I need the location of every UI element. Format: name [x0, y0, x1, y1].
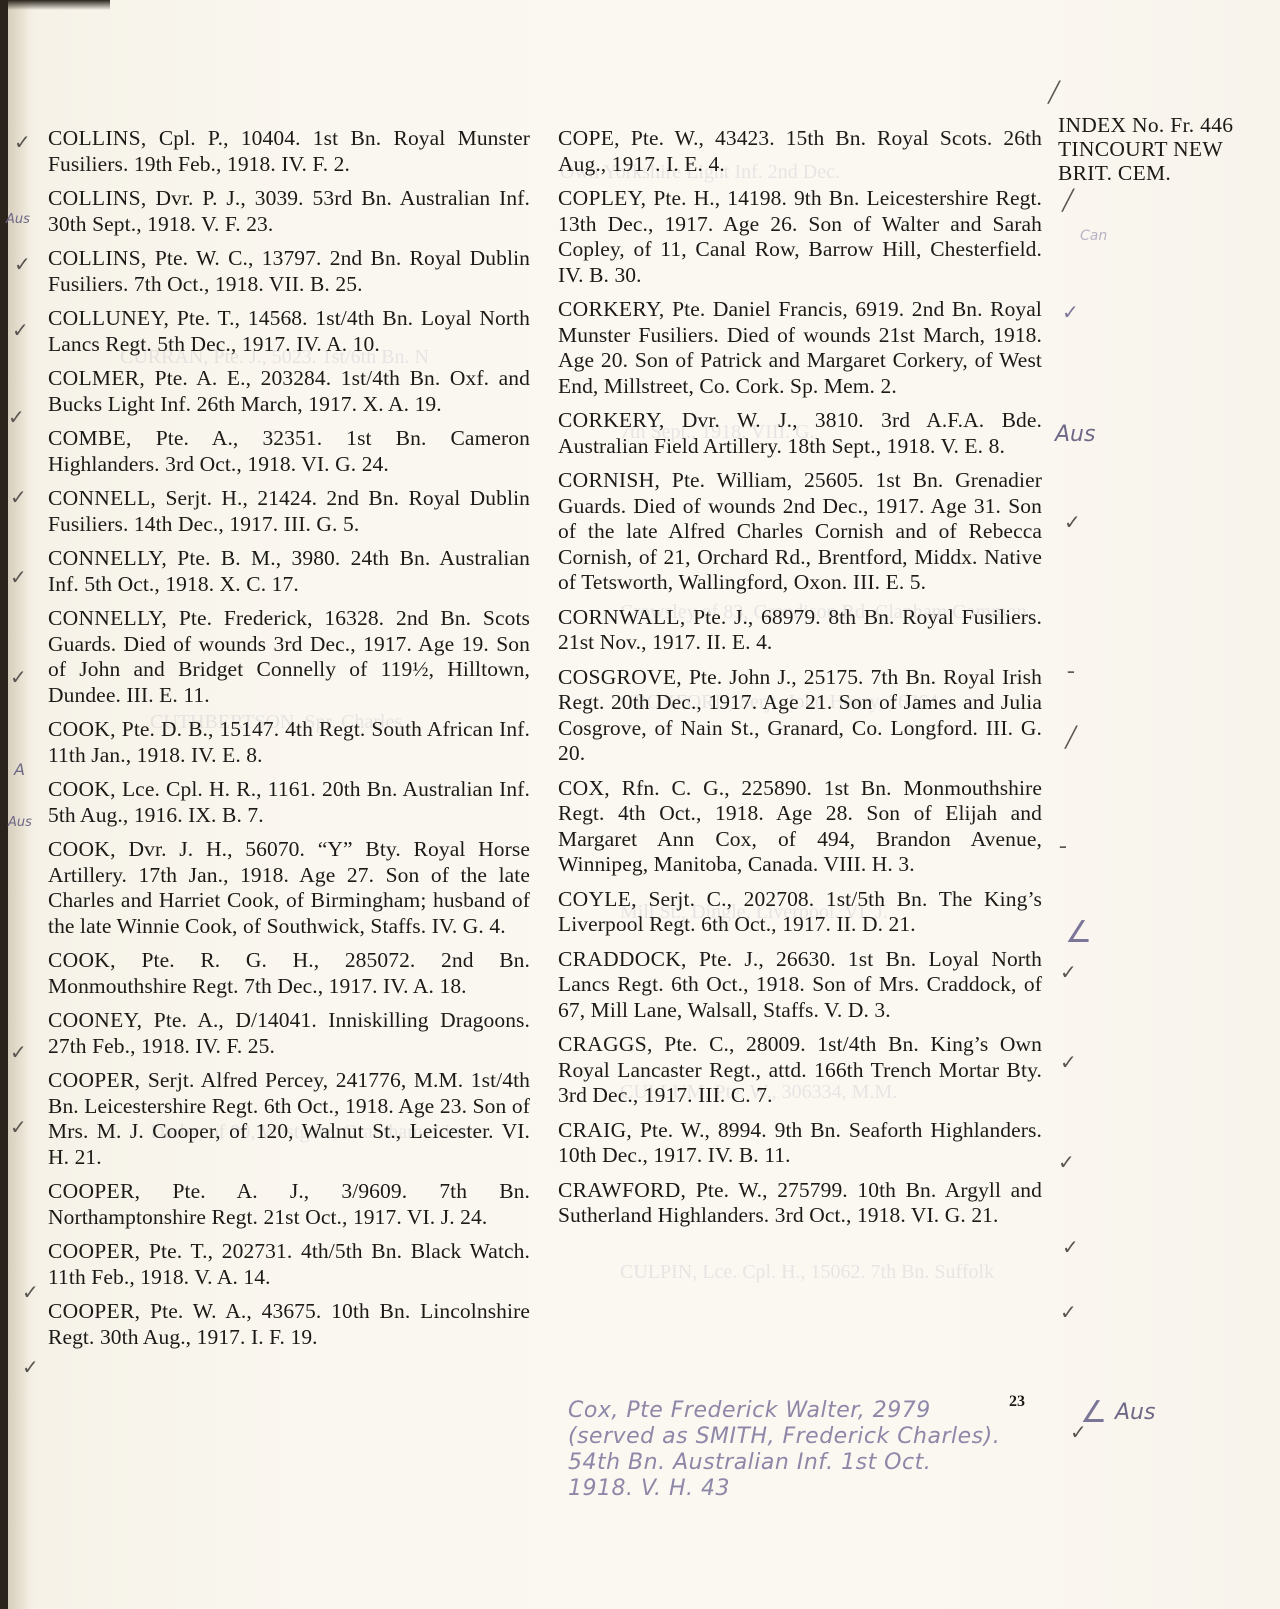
- register-entry: CRAGGS, Pte. C., 28009. 1st/4th Bn. King…: [558, 1032, 1042, 1109]
- entry-surname: COYLE,: [558, 887, 637, 911]
- register-entry: CORNWALL, Pte. J., 68979. 8th Bn. Royal …: [558, 605, 1042, 656]
- check-mark-icon: ✓: [1064, 510, 1081, 534]
- check-mark-icon: ✓: [1060, 960, 1077, 984]
- register-entry: COLMER, Pte. A. E., 203284. 1st/4th Bn. …: [48, 366, 530, 417]
- cemetery-index-header: INDEX No. Fr. 446 TINCOURT NEW BRIT. CEM…: [1058, 113, 1258, 185]
- entry-surname: CRAIG,: [558, 1118, 632, 1142]
- entry-surname: COOPER,: [48, 1239, 140, 1263]
- entry-surname: CONNELLY,: [48, 546, 167, 570]
- check-mark-icon: ✓: [1060, 1050, 1077, 1074]
- entry-details: Pte. R. G. H., 285072. 2nd Bn. Monmouths…: [48, 948, 530, 998]
- register-entry: COOK, Lce. Cpl. H. R., 1161. 20th Bn. Au…: [48, 777, 530, 828]
- book-spine: [0, 0, 8, 1609]
- register-entry: CONNELLY, Pte. Frederick, 16328. 2nd Bn.…: [48, 606, 530, 708]
- check-mark-icon: ╱: [1062, 188, 1074, 212]
- entry-surname: COOK,: [48, 837, 116, 861]
- angle-mark-icon: ∠: [1065, 915, 1092, 950]
- register-entry: COLLINS, Pte. W. C., 13797. 2nd Bn. Roya…: [48, 246, 530, 297]
- entry-surname: COMBE,: [48, 426, 132, 450]
- register-entry: COOK, Pte. R. G. H., 285072. 2nd Bn. Mon…: [48, 948, 530, 999]
- check-mark-icon: ✓: [1062, 1235, 1079, 1259]
- handwritten-note: Cox, Pte Frederick Walter, 2979 (served …: [568, 1398, 1038, 1502]
- entry-surname: CORKERY,: [558, 297, 665, 321]
- entry-surname: CONNELL,: [48, 486, 156, 510]
- check-mark-icon: ✓: [1062, 300, 1079, 324]
- entry-surname: CRAWFORD,: [558, 1178, 686, 1202]
- check-mark-icon: ╴: [1060, 835, 1072, 859]
- angle-mark-icon: ∠: [1080, 1395, 1107, 1430]
- register-entry: COPE, Pte. W., 43423. 15th Bn. Royal Sco…: [558, 126, 1042, 177]
- entry-surname: CONNELLY,: [48, 606, 167, 630]
- entry-surname: COSGROVE,: [558, 665, 682, 689]
- register-entry: COOPER, Pte. T., 202731. 4th/5th Bn. Bla…: [48, 1239, 530, 1290]
- entry-surname: COOPER,: [48, 1299, 140, 1323]
- register-entry: COMBE, Pte. A., 32351. 1st Bn. Cameron H…: [48, 426, 530, 477]
- top-edge-shadow: [0, 0, 110, 10]
- handwritten-line: 1918. V. H. 43: [568, 1476, 1038, 1502]
- register-entry: CONNELL, Serjt. H., 21424. 2nd Bn. Royal…: [48, 486, 530, 537]
- register-entry: COPLEY, Pte. H., 14198. 9th Bn. Leiceste…: [558, 186, 1042, 288]
- register-entry: COOPER, Pte. W. A., 43675. 10th Bn. Linc…: [48, 1299, 530, 1350]
- check-mark-icon: ╱: [1048, 80, 1060, 104]
- check-mark-icon: ✓: [1058, 1150, 1075, 1174]
- entry-surname: CRAGGS,: [558, 1032, 653, 1056]
- entry-surname: COONEY,: [48, 1008, 142, 1032]
- entry-details: Pte. D. B., 15147. 4th Regt. South Afric…: [48, 717, 530, 767]
- check-mark-icon: ╱: [1065, 725, 1077, 749]
- register-entry: CRADDOCK, Pte. J., 26630. 1st Bn. Loyal …: [558, 947, 1042, 1024]
- entry-surname: COPLEY,: [558, 186, 646, 210]
- entry-surname: COPE,: [558, 126, 620, 150]
- entry-surname: CORKERY,: [558, 408, 665, 432]
- entry-surname: COOK,: [48, 717, 116, 741]
- entry-surname: COLLINS,: [48, 186, 147, 210]
- handwritten-line: Cox, Pte Frederick Walter, 2979: [568, 1398, 1038, 1424]
- entry-details: Pte. W., 43423. 15th Bn. Royal Scots. 26…: [558, 126, 1042, 176]
- register-entry: COX, Rfn. C. G., 225890. 1st Bn. Monmout…: [558, 776, 1042, 878]
- register-entry: COSGROVE, Pte. John J., 25175. 7th Bn. R…: [558, 665, 1042, 767]
- margin-note: Aus: [1055, 422, 1095, 447]
- bleed-through-text: CULPIN, Lce. Cpl. H., 15062. 7th Bn. Suf…: [620, 1260, 994, 1284]
- register-entry: CRAWFORD, Pte. W., 275799. 10th Bn. Argy…: [558, 1178, 1042, 1229]
- entry-surname: COLLINS,: [48, 246, 147, 270]
- register-entry: COYLE, Serjt. C., 202708. 1st/5th Bn. Th…: [558, 887, 1042, 938]
- entry-surname: COOK,: [48, 948, 116, 972]
- margin-note: Can: [1080, 228, 1107, 244]
- register-entry: COOK, Pte. D. B., 15147. 4th Regt. South…: [48, 717, 530, 768]
- entry-surname: COOPER,: [48, 1068, 140, 1092]
- register-entry: COLLINS, Cpl. P., 10404. 1st Bn. Royal M…: [48, 126, 530, 177]
- entry-surname: COOK,: [48, 777, 116, 801]
- check-mark-icon: ✓: [1060, 1300, 1077, 1324]
- cemetery-name-line1: TINCOURT NEW: [1058, 137, 1258, 161]
- register-entry: COOK, Dvr. J. H., 56070. “Y” Bty. Royal …: [48, 837, 530, 939]
- entry-details: Dvr. J. H., 56070. “Y” Bty. Royal Horse …: [48, 837, 530, 938]
- margin-note: Aus: [1115, 1400, 1155, 1425]
- check-mark-icon: ╴: [1068, 660, 1080, 684]
- entry-surname: COLLINS,: [48, 126, 147, 150]
- entry-surname: CORNISH,: [558, 468, 660, 492]
- index-number: INDEX No. Fr. 446: [1058, 113, 1258, 137]
- entry-details: Rfn. C. G., 225890. 1st Bn. Monmouthshir…: [558, 776, 1042, 877]
- book-page: Own Yorkshire Light Inf. 2nd Dec. CURRAN…: [0, 0, 1280, 1609]
- entry-surname: COLMER,: [48, 366, 145, 390]
- entry-surname: COX,: [558, 776, 610, 800]
- register-entry: COLLINS, Dvr. P. J., 3039. 53rd Bn. Aust…: [48, 186, 530, 237]
- entry-surname: CRADDOCK,: [558, 947, 687, 971]
- register-entry: CORKERY, Dvr. W. J., 3810. 3rd A.F.A. Bd…: [558, 408, 1042, 459]
- entry-surname: CORNWALL,: [558, 605, 686, 629]
- register-entry: COOPER, Pte. A. J., 3/9609. 7th Bn. Nort…: [48, 1179, 530, 1230]
- register-entry: CRAIG, Pte. W., 8994. 9th Bn. Seaforth H…: [558, 1118, 1042, 1169]
- left-column: COLLINS, Cpl. P., 10404. 1st Bn. Royal M…: [48, 126, 530, 1359]
- register-entry: CORNISH, Pte. William, 25605. 1st Bn. Gr…: [558, 468, 1042, 596]
- handwritten-line: 54th Bn. Australian Inf. 1st Oct.: [568, 1450, 1038, 1476]
- check-mark-icon: ✓: [1070, 1420, 1087, 1444]
- entry-surname: COLLUNEY,: [48, 306, 169, 330]
- register-entry: COLLUNEY, Pte. T., 14568. 1st/4th Bn. Lo…: [48, 306, 530, 357]
- handwritten-line: (served as SMITH, Frederick Charles).: [568, 1424, 1038, 1450]
- cemetery-name-line2: BRIT. CEM.: [1058, 161, 1258, 185]
- gutter-shadow: [8, 0, 30, 1609]
- register-entry: COONEY, Pte. A., D/14041. Inniskilling D…: [48, 1008, 530, 1059]
- entry-details: Lce. Cpl. H. R., 1161. 20th Bn. Australi…: [48, 777, 530, 827]
- register-entry: COOPER, Serjt. Alfred Percey, 241776, M.…: [48, 1068, 530, 1170]
- register-entry: CORKERY, Pte. Daniel Francis, 6919. 2nd …: [558, 297, 1042, 399]
- register-entry: CONNELLY, Pte. B. M., 3980. 24th Bn. Aus…: [48, 546, 530, 597]
- right-column: COPE, Pte. W., 43423. 15th Bn. Royal Sco…: [558, 126, 1042, 1238]
- entry-surname: COOPER,: [48, 1179, 140, 1203]
